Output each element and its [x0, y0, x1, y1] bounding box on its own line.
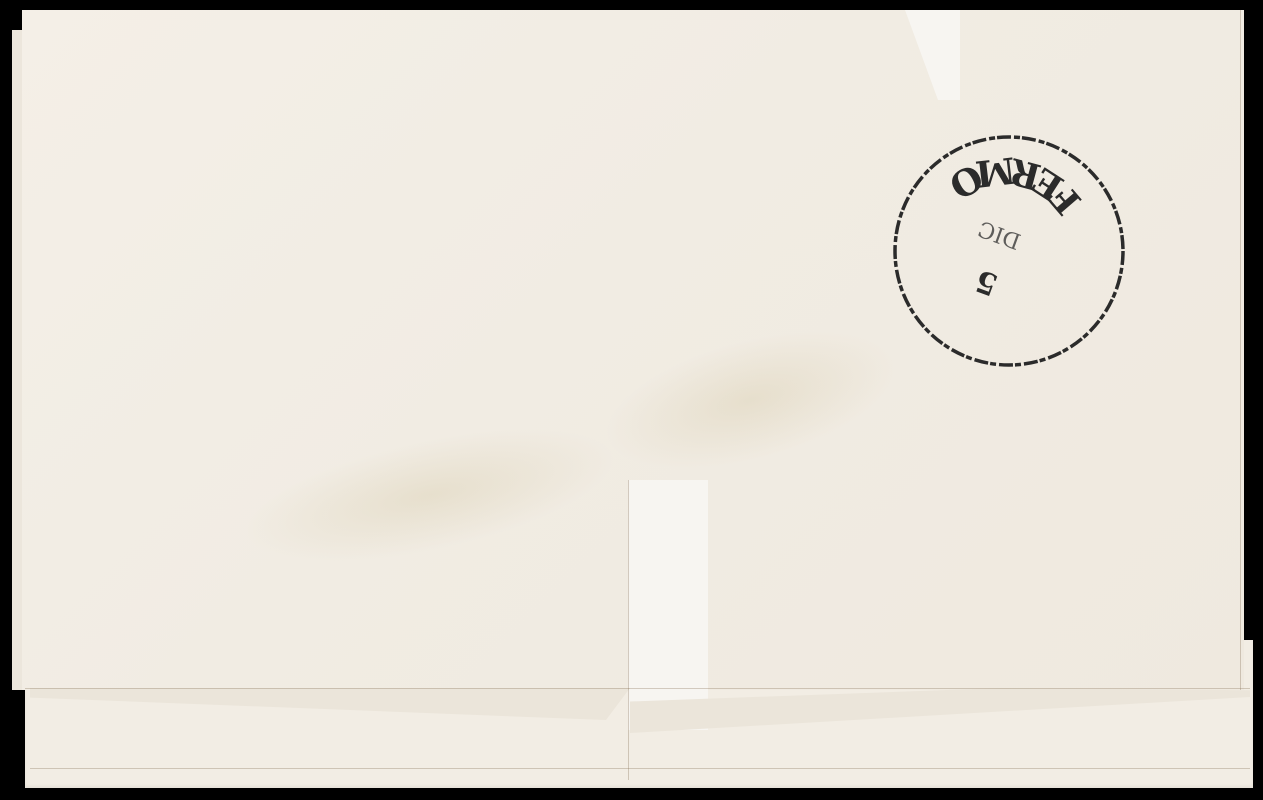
fold-line [25, 688, 1250, 689]
fermo-postmark: FERMO 5 DIC [890, 133, 1128, 369]
vertical-crease [628, 480, 629, 780]
postmark-day: 5 [971, 262, 1003, 302]
postmark-month: DIC [975, 215, 1024, 253]
bottom-crease [30, 768, 1250, 769]
torn-gap-center [628, 480, 708, 730]
vertical-crease-right [1240, 10, 1241, 690]
